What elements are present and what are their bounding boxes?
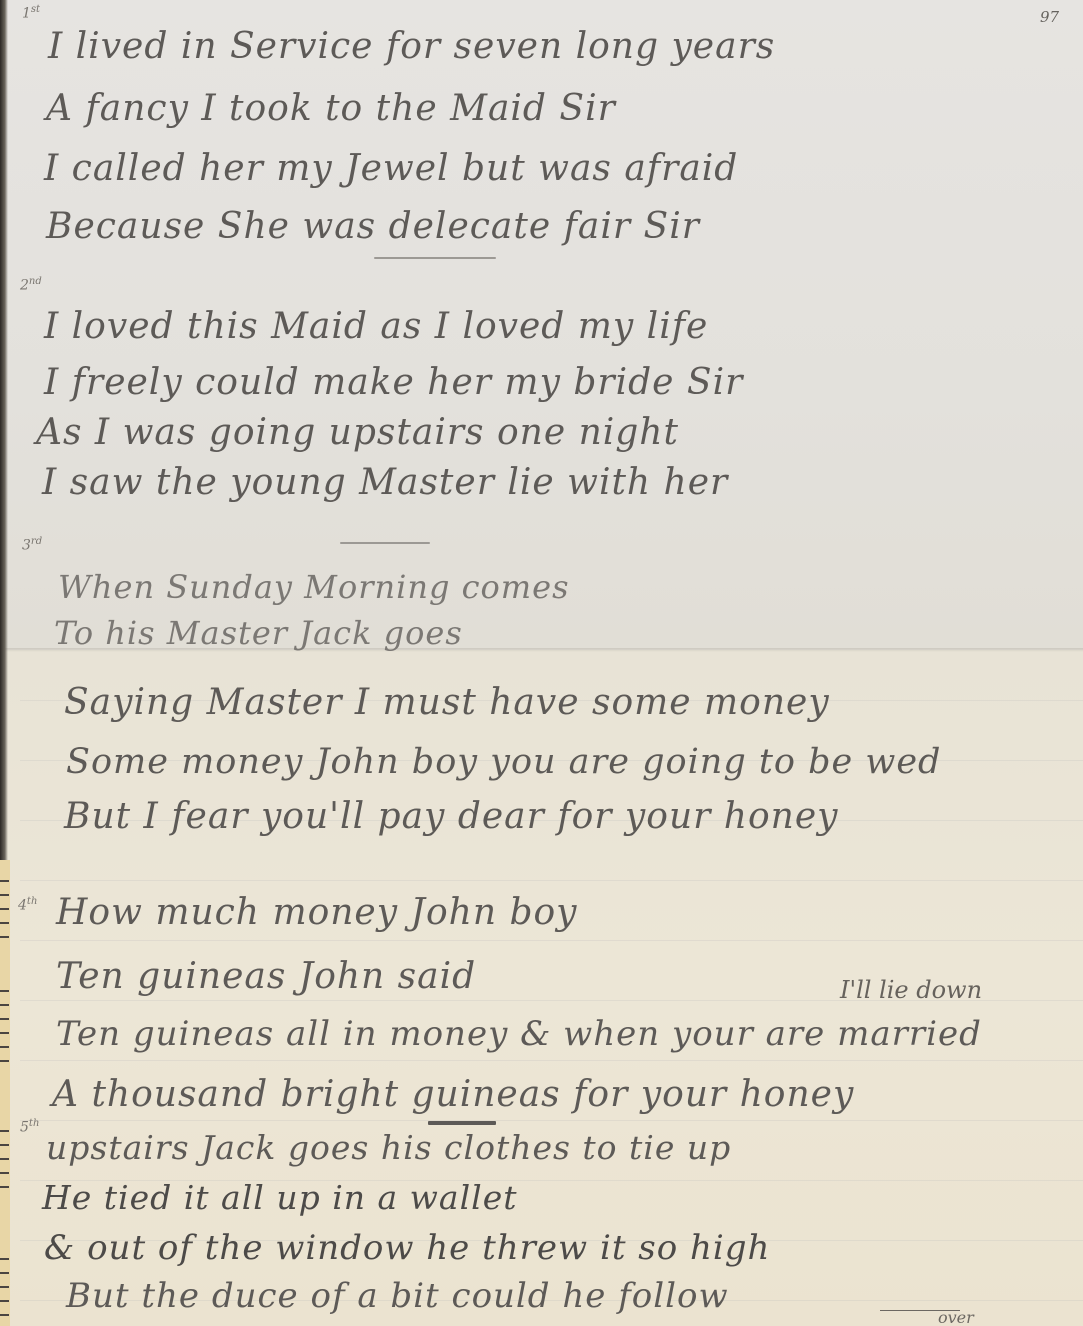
ruled-line: [20, 1120, 1083, 1121]
verse-3-line-4: Some money John boy you are going to be …: [66, 742, 941, 782]
verse-4-line-1: How much money John boy: [56, 892, 578, 933]
verse-label-2: 2nd: [20, 276, 42, 294]
verse-2-line-2: I freely could make her my bride Sir: [44, 362, 743, 403]
verse-4-line-4: A thousand bright guineas for your honey: [52, 1074, 854, 1115]
verse-5-line-2: He tied it all up in a wallet: [42, 1178, 517, 1217]
verse-label-1: 1st: [22, 4, 40, 22]
margin-ruler: [0, 860, 10, 1326]
verse-2-line-4: I saw the young Master lie with her: [42, 462, 728, 503]
page-number: 97: [1040, 8, 1059, 26]
verse-3-line-2: To his Master Jack goes: [54, 614, 463, 652]
verse-1-line-1: I lived in Service for seven long years: [48, 26, 775, 67]
ruled-line: [20, 880, 1083, 881]
turn-over-note: over: [938, 1308, 974, 1326]
verse-label-4: 4th: [18, 896, 37, 914]
verse-3-line-5: But I fear you'll pay dear for your hone…: [64, 796, 838, 837]
verse-5-line-1: upstairs Jack goes his clothes to tie up: [46, 1128, 731, 1167]
verse-3-line-1: When Sunday Morning comes: [58, 568, 570, 606]
verse-divider: [340, 542, 430, 544]
verse-divider: [374, 257, 496, 259]
margin-note-lie-down: I'll lie down: [840, 976, 982, 1004]
ruled-line: [20, 940, 1083, 941]
verse-1-line-3: I called her my Jewel but was afraid: [44, 148, 738, 189]
verse-4-line-2: Ten guineas John said: [56, 956, 476, 997]
word-underline: [428, 1121, 496, 1125]
verse-3-line-3: Saying Master I must have some money: [64, 682, 830, 723]
verse-1-line-4: Because She was delecate fair Sir: [46, 206, 700, 247]
verse-4-line-3: Ten guineas all in money & when your are…: [56, 1014, 982, 1054]
verse-5-line-3: & out of the window he threw it so high: [44, 1228, 770, 1268]
verse-2-line-1: I loved this Maid as I loved my life: [44, 306, 708, 347]
verse-5-line-4: But the duce of a bit could he follow: [66, 1276, 729, 1316]
ruled-line: [20, 1060, 1083, 1061]
verse-1-line-2: A fancy I took to the Maid Sir: [46, 88, 616, 129]
verse-2-line-3: As I was going upstairs one night: [36, 412, 679, 453]
verse-label-3: 3rd: [22, 536, 42, 554]
verse-label-5: 5th: [20, 1118, 39, 1136]
